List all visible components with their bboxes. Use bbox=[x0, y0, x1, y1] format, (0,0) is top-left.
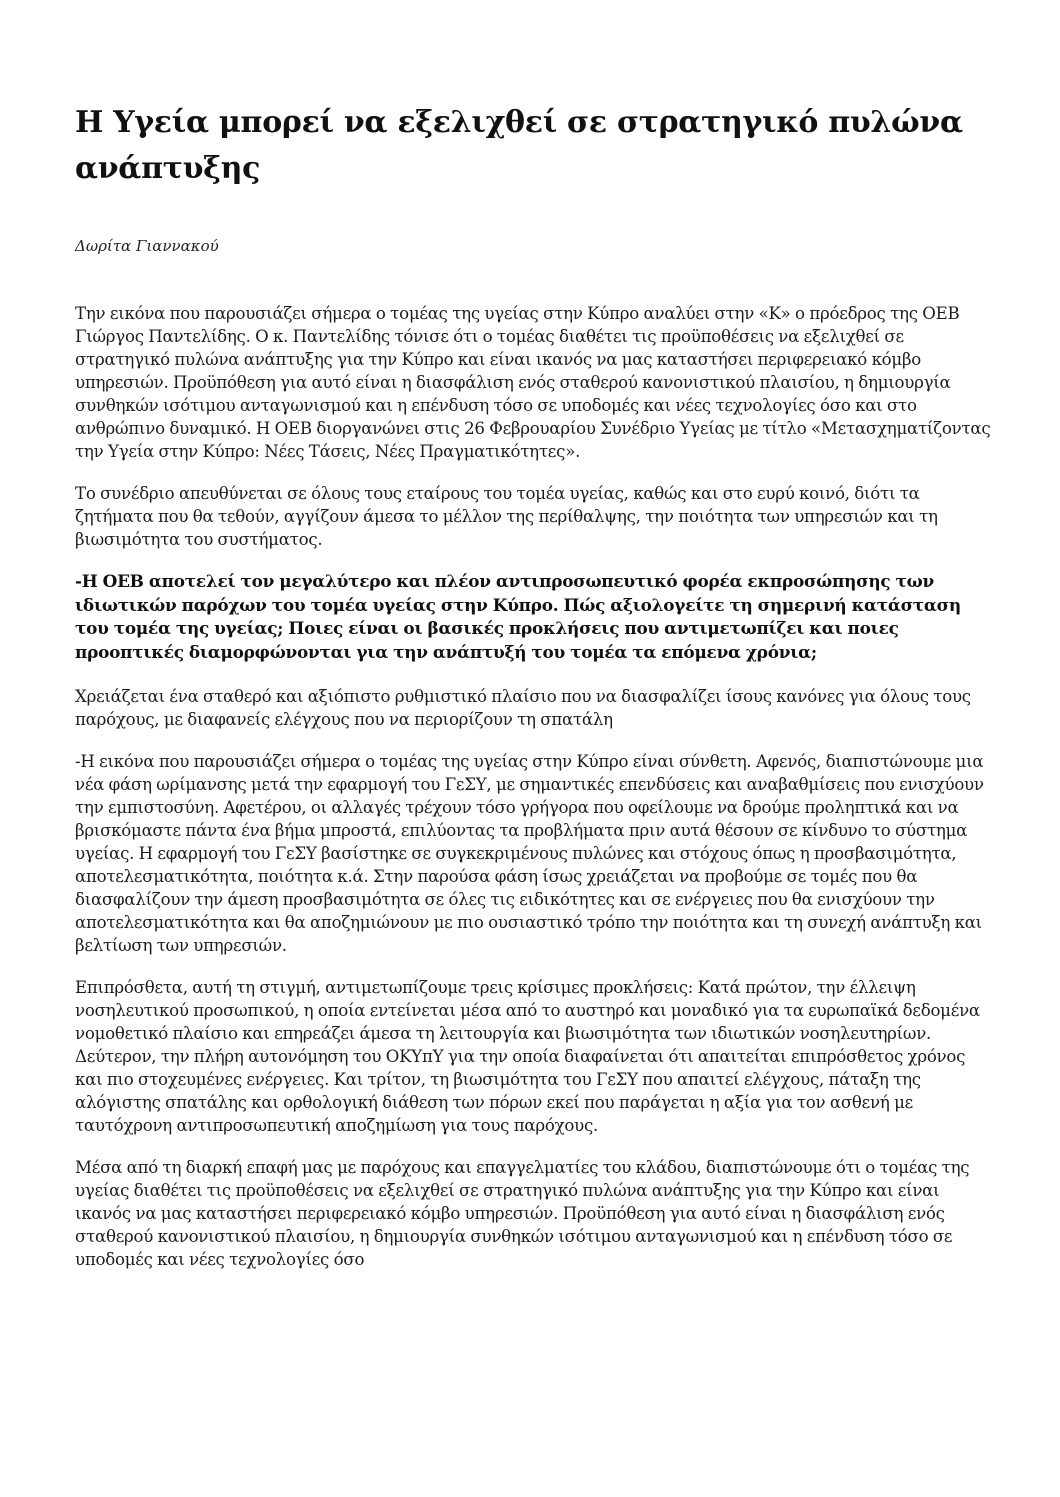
article-author: Δωρίτα Γιαννακού bbox=[75, 236, 995, 256]
paragraph-answer-situation: -Η εικόνα που παρουσιάζει σήμερα ο τομέα… bbox=[75, 750, 995, 957]
paragraph-pull-quote: Χρειάζεται ένα σταθερό και αξιόπιστο ρυθ… bbox=[75, 685, 995, 731]
document-page: Η Υγεία μπορεί να εξελιχθεί σε στρατηγικ… bbox=[75, 100, 995, 1290]
interview-question: -Η ΟΕΒ αποτελεί τον μεγαλύτερο και πλέον… bbox=[75, 570, 995, 664]
article-title: Η Υγεία μπορεί να εξελιχθεί σε στρατηγικ… bbox=[75, 100, 995, 192]
paragraph-intro: Την εικόνα που παρουσιάζει σήμερα ο τομέ… bbox=[75, 302, 995, 463]
paragraph-answer-challenges: Επιπρόσθετα, αυτή τη στιγμή, αντιμετωπίζ… bbox=[75, 976, 995, 1137]
paragraph-answer-prospects: Μέσα από τη διαρκή επαφή μας με παρόχους… bbox=[75, 1156, 995, 1271]
paragraph-conference: Το συνέδριο απευθύνεται σε όλους τους ετ… bbox=[75, 482, 995, 551]
article-body: Την εικόνα που παρουσιάζει σήμερα ο τομέ… bbox=[75, 302, 995, 1271]
